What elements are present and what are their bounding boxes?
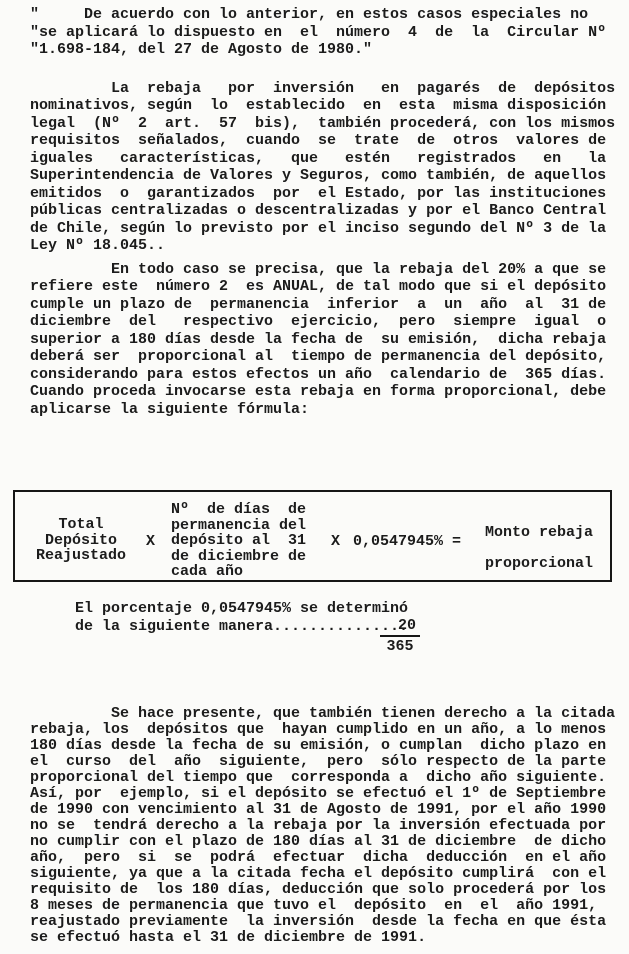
multiplication-sign-2: X	[331, 533, 340, 550]
fraction-denominator: 365	[380, 637, 420, 655]
paragraph-annual-rebate: En todo caso se precisa, que la rebaja d…	[30, 261, 615, 419]
quoted-paragraph: " De acuerdo con lo anterior, en estos c…	[30, 6, 615, 59]
percentage-determination-note: El porcentaje 0,0547945% se determinó de…	[30, 600, 615, 656]
formula-box: Total Depósito Reajustado X Nº de días d…	[13, 490, 612, 582]
formula-rate-equals: 0,0547945% =	[353, 533, 461, 550]
multiplication-sign-1: X	[146, 533, 155, 550]
fraction-numerator: 20	[380, 617, 420, 637]
fraction-20-over-365: 20 365	[380, 617, 420, 655]
paragraph-investment-pagares: La rebaja por inversión en pagarés de de…	[30, 80, 615, 255]
formula-factor-total-deposit: Total Depósito Reajustado	[25, 517, 137, 564]
paragraph-example-1990-1991: Se hace presente, que también tienen der…	[30, 706, 615, 946]
note-text: El porcentaje 0,0547945% se determinó de…	[30, 600, 615, 635]
formula-result: Monto rebaja proporcional	[485, 517, 593, 579]
scanned-document-page: " De acuerdo con lo anterior, en estos c…	[0, 0, 629, 954]
formula-factor-days: Nº de días de permanencia del depósito a…	[171, 502, 306, 580]
